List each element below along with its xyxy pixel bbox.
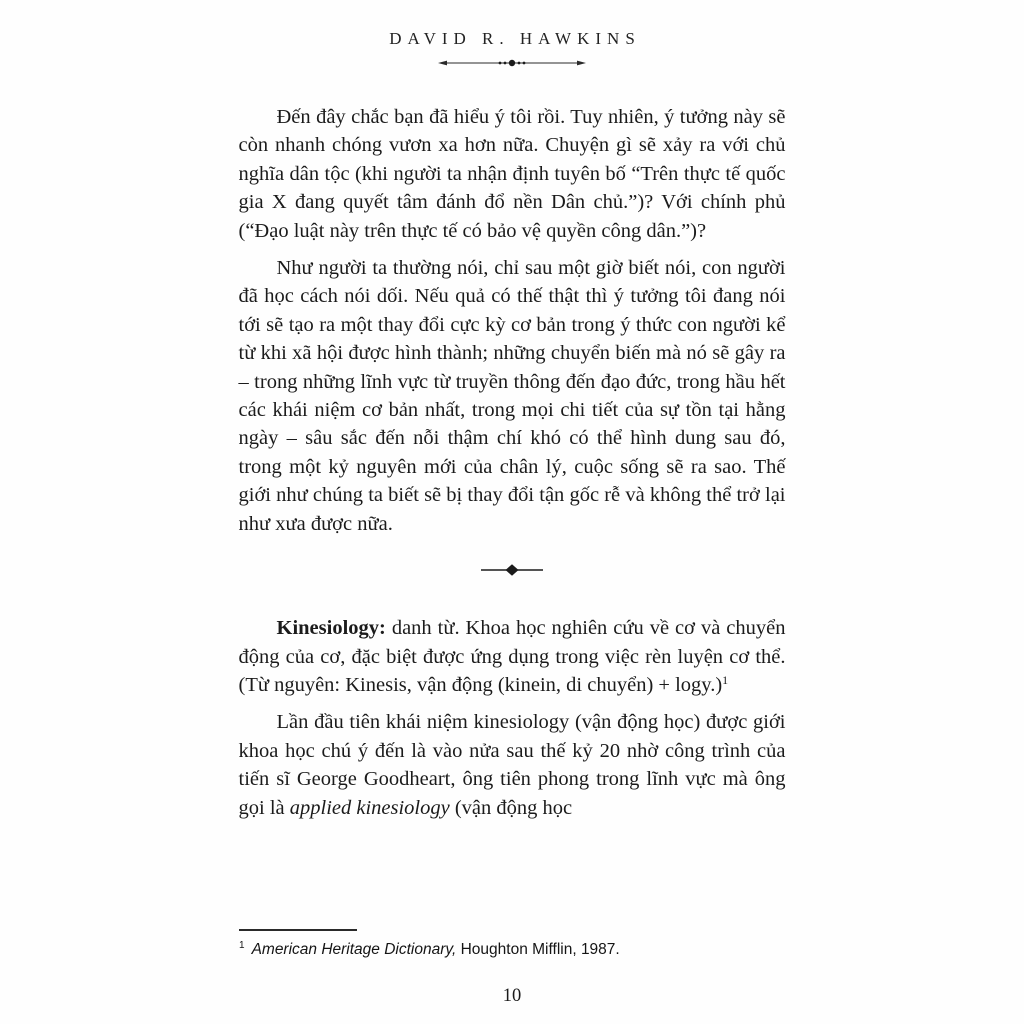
- footnote-rule: [239, 929, 357, 931]
- footnote-area: 1American Heritage Dictionary, Houghton …: [239, 929, 786, 960]
- body-paragraph-3: Lần đầu tiên khái niệm kinesiology (vận …: [239, 708, 786, 822]
- running-head-author: DAVID R. HAWKINS: [0, 0, 1024, 49]
- definition-paragraph: Kinesiology: danh từ. Khoa học nghiên cứ…: [239, 614, 786, 699]
- page-number: 10: [0, 986, 1024, 1007]
- paragraph-text-after-italic: (vận động học: [450, 797, 572, 819]
- text-block: Đến đây chắc bạn đã hiểu ý tôi rồi. Tuy …: [239, 103, 786, 822]
- footnote-reference-mark: 1: [722, 673, 728, 687]
- italic-term: applied kinesiology: [290, 797, 450, 819]
- footnote: 1American Heritage Dictionary, Houghton …: [239, 936, 786, 960]
- book-page: DAVID R. HAWKINS Đến đây chắc bạn đã hiể…: [0, 0, 1024, 1024]
- section-divider: [239, 563, 786, 577]
- body-paragraph-1: Đến đây chắc bạn đã hiểu ý tôi rồi. Tuy …: [239, 103, 786, 245]
- header-divider-ornament: [437, 56, 587, 70]
- section-divider-ornament: [481, 563, 543, 577]
- footnote-marker: 1: [239, 940, 245, 951]
- definition-term: Kinesiology:: [277, 617, 386, 639]
- footnote-source-publisher: Houghton Mifflin, 1987.: [456, 941, 619, 958]
- footnote-source-title: American Heritage Dictionary,: [252, 941, 457, 958]
- body-paragraph-2: Như người ta thường nói, chỉ sau một giờ…: [239, 254, 786, 538]
